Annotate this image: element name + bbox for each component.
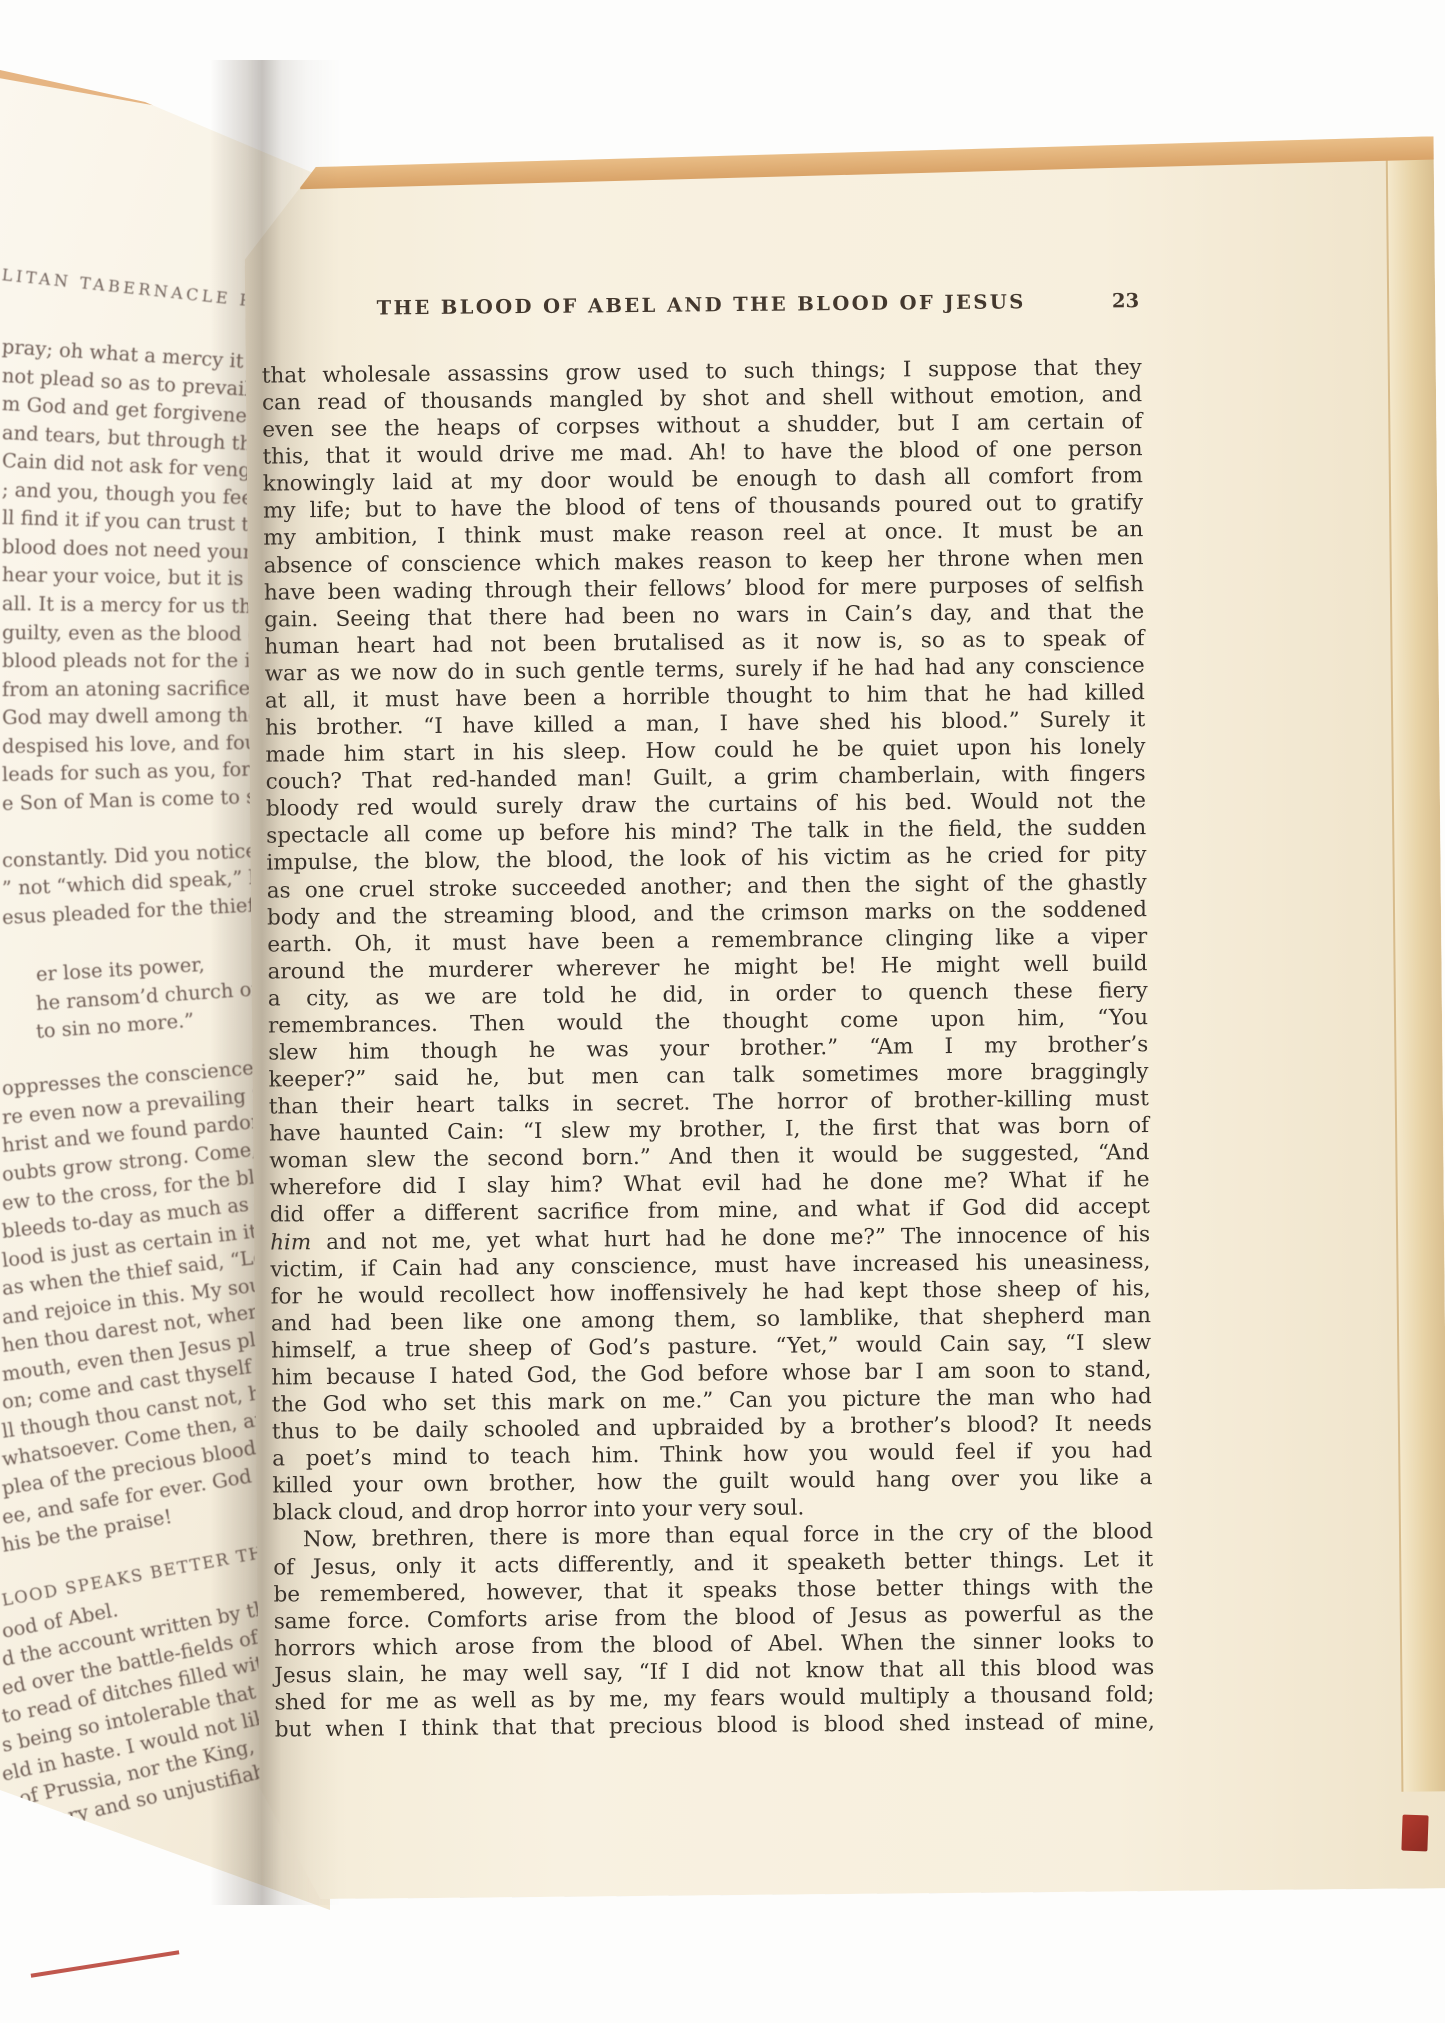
cover-red-edge-bottom [31,1950,180,1977]
right-page: THE BLOOD OF ABEL AND THE BLOOD OF JESUS… [244,136,1445,1899]
text-line: to sin no more.” [35,1009,195,1043]
cover-red-edge-right [1401,1815,1428,1852]
page-text: that wholesale assassins grow used to su… [244,136,1445,1899]
book-photo: LITAN TABERNACLE PULPIT pray; oh what a … [0,0,1445,2023]
text-line: er lose its power, [35,953,205,986]
